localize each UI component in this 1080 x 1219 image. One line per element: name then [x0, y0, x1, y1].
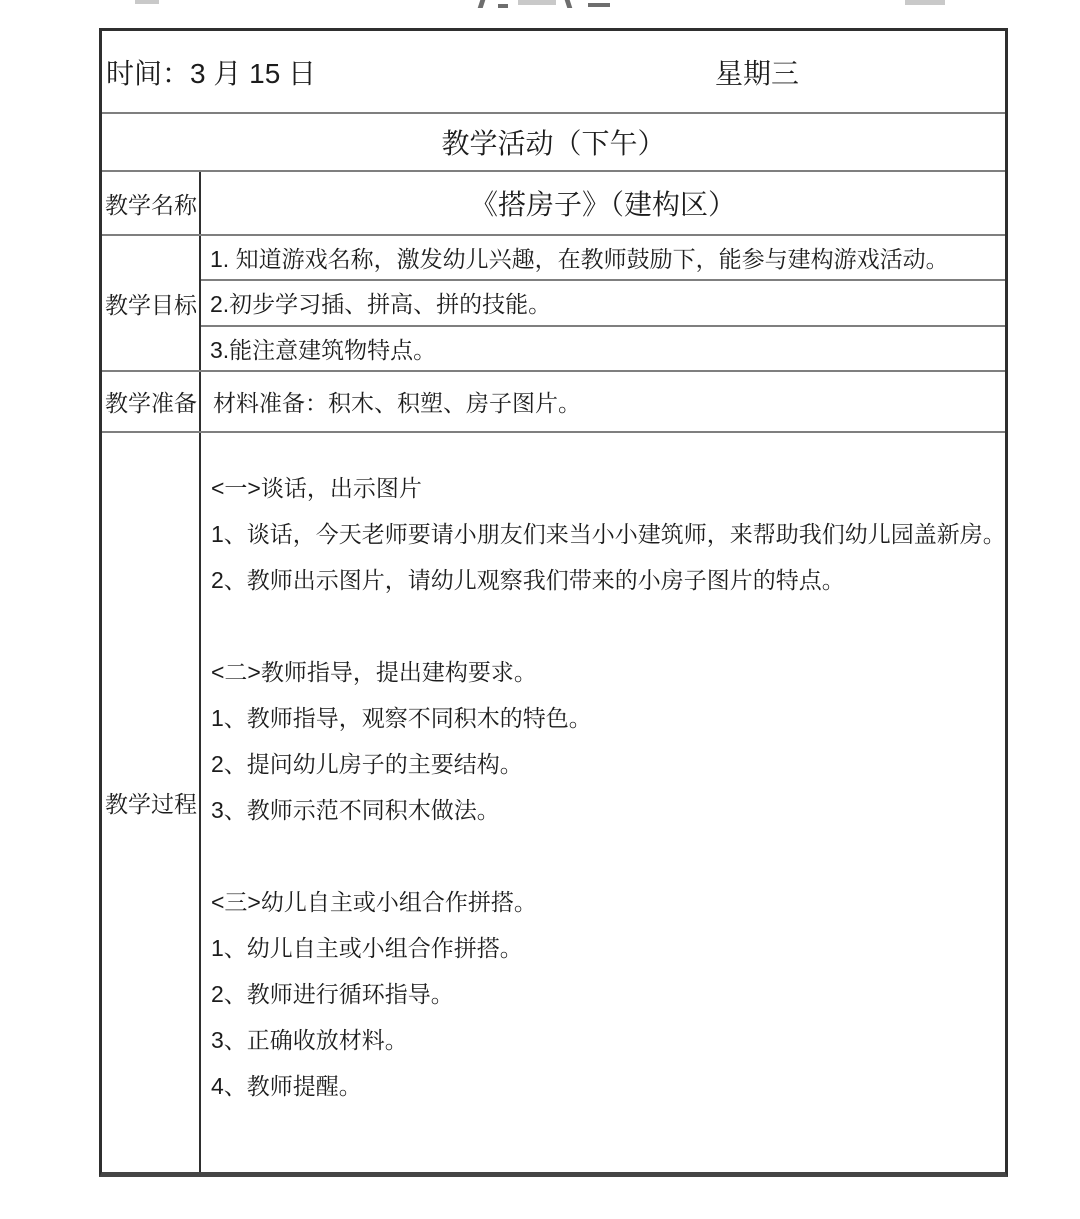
activity-name-label: 教学名称: [102, 172, 201, 234]
process-line: 1、幼儿自主或小组合作拼搭。: [211, 925, 1006, 971]
lesson-plan-page: 时间：3 月 15 日 星期三 教学活动（下午） 教学名称 《搭房子》（建构区）…: [0, 0, 1080, 1219]
prep-value: 材料准备：积木、积塑、房子图片。: [201, 372, 1005, 431]
section-title: 教学活动（下午）: [441, 122, 665, 162]
process-section-2: <二>教师指导，提出建构要求。 1、教师指导，观察不同积木的特色。 2、提问幼儿…: [211, 649, 1006, 833]
time-label: 时间：3 月 15 日: [102, 52, 316, 92]
goals-list: 1. 知道游戏名称，激发幼儿兴趣，在教师鼓励下，能参与建构游戏活动。 2.初步学…: [201, 236, 1005, 370]
prep-row: 教学准备 材料准备：积木、积塑、房子图片。: [102, 372, 1005, 433]
process-label: 教学过程: [102, 433, 201, 1172]
process-section-3: <三>幼儿自主或小组合作拼搭。 1、幼儿自主或小组合作拼搭。 2、教师进行循环指…: [211, 879, 1006, 1109]
goals-label: 教学目标: [102, 236, 201, 370]
cutoff-fragment: [565, 0, 573, 8]
process-line: <三>幼儿自主或小组合作拼搭。: [211, 879, 1006, 925]
process-section-1: <一>谈话，出示图片 1、谈话，今天老师要请小朋友们来当小小建筑师，来帮助我们幼…: [211, 465, 1006, 603]
process-line: 1、谈话，今天老师要请小朋友们来当小小建筑师，来帮助我们幼儿园盖新房。: [211, 511, 1006, 557]
process-row: 教学过程 <一>谈话，出示图片 1、谈话，今天老师要请小朋友们来当小小建筑师，来…: [102, 433, 1005, 1172]
cutoff-fragment: [905, 0, 945, 5]
process-line: 2、提问幼儿房子的主要结构。: [211, 741, 1006, 787]
goal-item: 3.能注意建筑物特点。: [201, 327, 1005, 370]
cutoff-fragment: [588, 3, 610, 7]
section-title-row: 教学活动（下午）: [102, 114, 1005, 172]
goal-item: 2.初步学习插、拼高、拼的技能。: [201, 281, 1005, 326]
process-line: 3、正确收放材料。: [211, 1017, 1006, 1063]
process-line: <二>教师指导，提出建构要求。: [211, 649, 1006, 695]
process-line: 4、教师提醒。: [211, 1063, 1006, 1109]
process-line: 3、教师示范不同积木做法。: [211, 787, 1006, 833]
weekday-label: 星期三: [715, 52, 799, 92]
process-line: 2、教师出示图片，请幼儿观察我们带来的小房子图片的特点。: [211, 557, 1006, 603]
time-row: 时间：3 月 15 日 星期三: [102, 31, 1005, 114]
process-line: 1、教师指导，观察不同积木的特色。: [211, 695, 1006, 741]
cutoff-fragment: [478, 0, 486, 8]
cutoff-fragment: [135, 0, 159, 4]
goals-row: 教学目标 1. 知道游戏名称，激发幼儿兴趣，在教师鼓励下，能参与建构游戏活动。 …: [102, 236, 1005, 372]
activity-name-value: 《搭房子》（建构区）: [201, 172, 1005, 234]
process-content: <一>谈话，出示图片 1、谈话，今天老师要请小朋友们来当小小建筑师，来帮助我们幼…: [201, 433, 1012, 1172]
process-line: <一>谈话，出示图片: [211, 465, 1006, 511]
process-line: 2、教师进行循环指导。: [211, 971, 1006, 1017]
cutoff-fragment: [498, 4, 508, 8]
prep-label: 教学准备: [102, 372, 201, 431]
goal-item: 1. 知道游戏名称，激发幼儿兴趣，在教师鼓励下，能参与建构游戏活动。: [201, 236, 1005, 281]
cutoff-fragment: [518, 0, 556, 5]
lesson-plan-table: 时间：3 月 15 日 星期三 教学活动（下午） 教学名称 《搭房子》（建构区）…: [99, 28, 1008, 1177]
activity-name-row: 教学名称 《搭房子》（建构区）: [102, 172, 1005, 236]
